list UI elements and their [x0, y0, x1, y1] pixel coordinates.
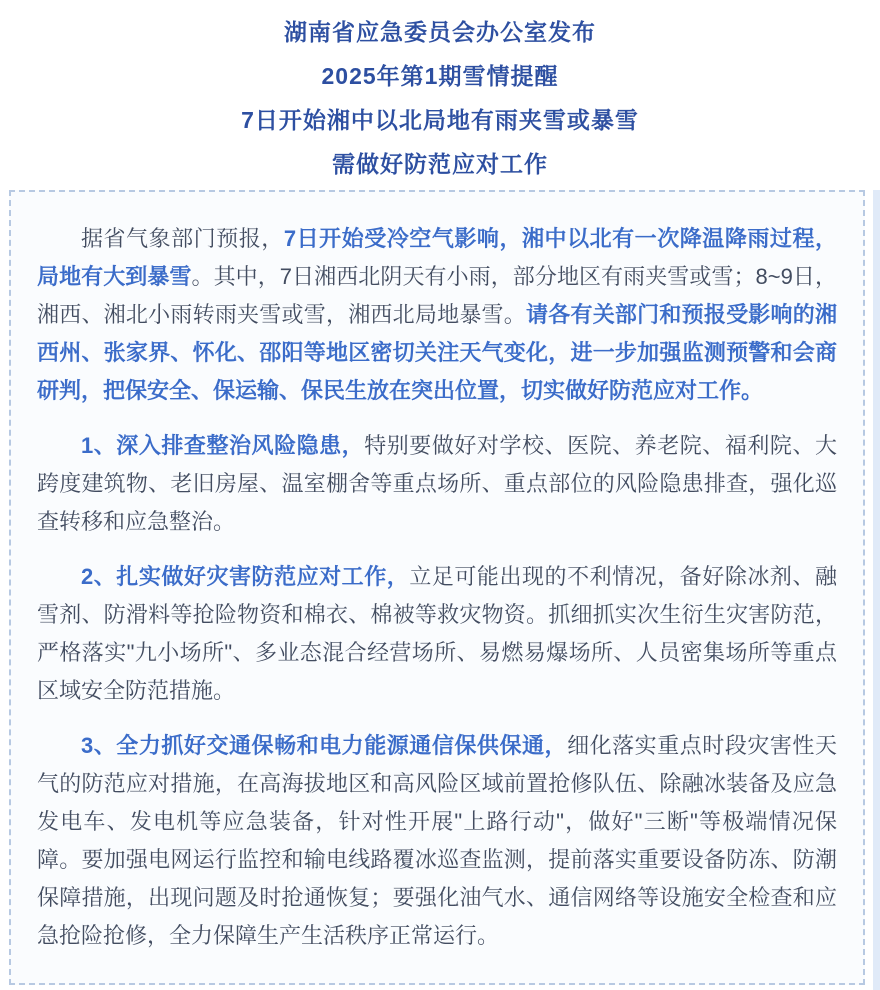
notice-header: 湖南省应急委员会办公室发布 2025年第1期雪情提醒 7日开始湘中以北局地有雨夹… — [0, 0, 880, 190]
right-edge-strip — [873, 190, 880, 990]
paragraph-item-2: 2、扎实做好灾害防范应对工作，立足可能出现的不利情况，备好除冰剂、融雪剂、防滑料… — [37, 558, 837, 710]
emphasis-text: 1、深入排查整治风险隐患， — [81, 433, 364, 458]
paragraph-forecast: 据省气象部门预报，7日开始受冷空气影响，湘中以北有一次降温降雨过程，局地有大到暴… — [37, 220, 837, 410]
paragraph-item-1: 1、深入排查整治风险隐患，特别要做好对学校、医院、养老院、福利院、大跨度建筑物、… — [37, 427, 837, 541]
header-line-issuer: 湖南省应急委员会办公室发布 — [284, 10, 596, 54]
body-text: 据省气象部门预报， — [81, 226, 284, 251]
emphasis-text: 2、扎实做好灾害防范应对工作， — [81, 564, 409, 589]
notice-body-box: 据省气象部门预报，7日开始受冷空气影响，湘中以北有一次降温降雨过程，局地有大到暴… — [9, 190, 865, 985]
header-line-issue-no: 2025年第1期雪情提醒 — [322, 54, 559, 98]
body-text: 细化落实重点时段灾害性天气的防范应对措施，在高海拔地区和高风险区域前置抢修队伍、… — [37, 733, 837, 948]
paragraph-item-3: 3、全力抓好交通保畅和电力能源通信保供保通，细化落实重点时段灾害性天气的防范应对… — [37, 727, 837, 955]
emphasis-text: 3、全力抓好交通保畅和电力能源通信保供保通， — [81, 733, 567, 758]
header-line-subject: 7日开始湘中以北局地有雨夹雪或暴雪 — [241, 98, 639, 142]
header-line-action: 需做好防范应对工作 — [332, 142, 548, 186]
